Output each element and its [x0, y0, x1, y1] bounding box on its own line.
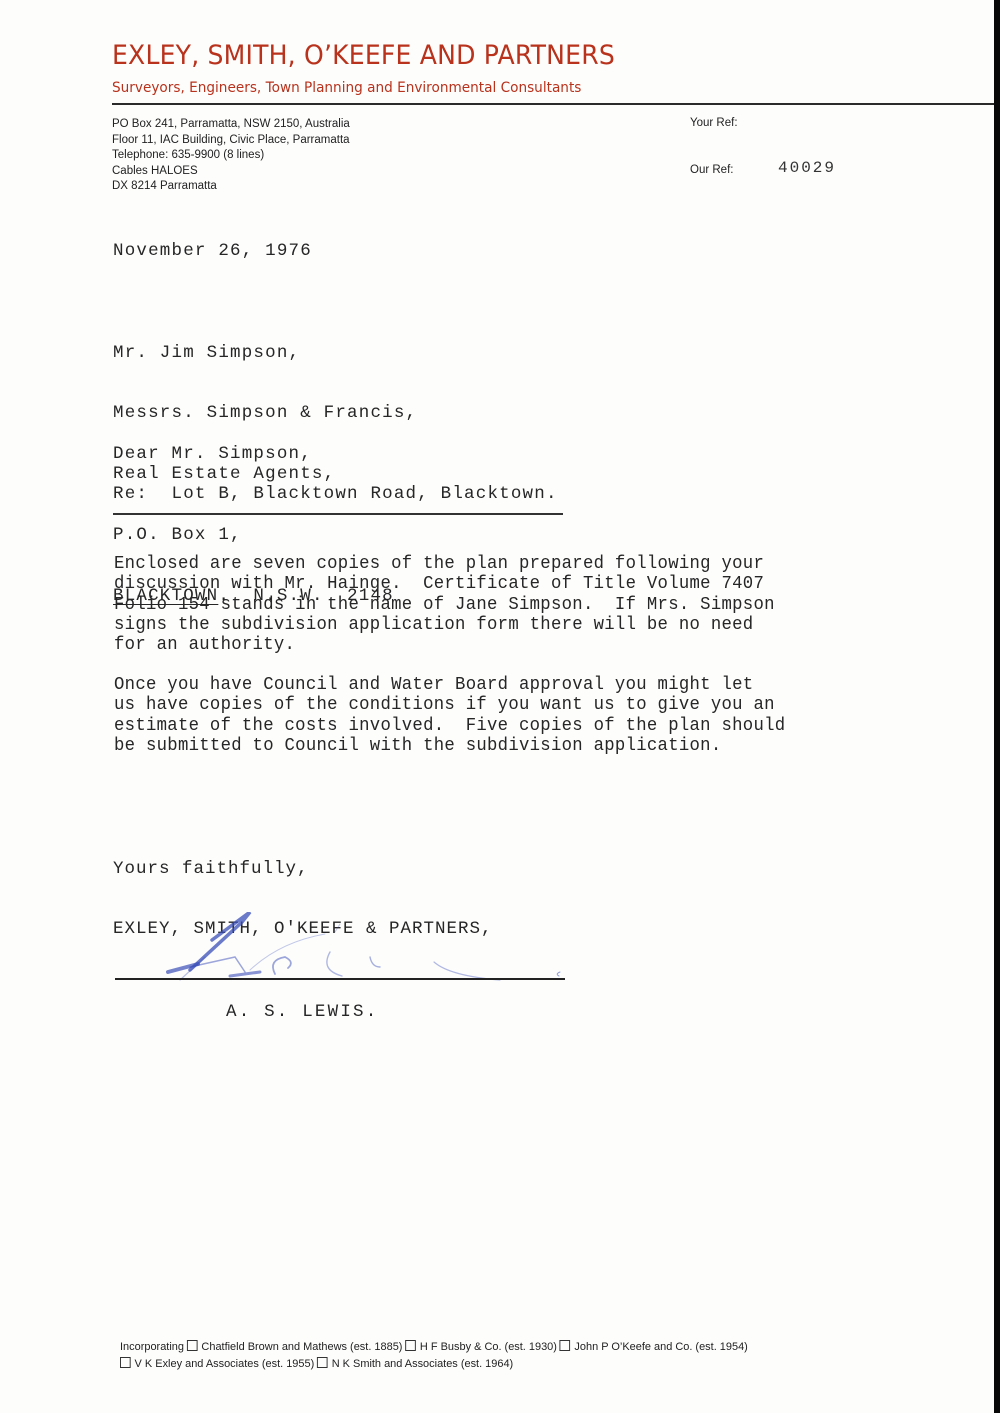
- predecessor-firm: N K Smith and Associates (est. 1964): [332, 1358, 514, 1370]
- subject-line: Re: Lot B, Blacktown Road, Blacktown.: [113, 484, 558, 504]
- our-ref-label: Our Ref:: [690, 164, 733, 176]
- body-line: Enclosed are seven copies of the plan pr…: [114, 554, 872, 574]
- firm-address: PO Box 241, Parramatta, NSW 2150, Austra…: [112, 117, 350, 195]
- salutation: Dear Mr. Simpson,: [113, 444, 312, 464]
- body-line: signs the subdivision application form t…: [114, 615, 872, 635]
- body-line: Folio 154 stands in the name of Jane Sim…: [114, 595, 872, 615]
- body-line: be submitted to Council with the subdivi…: [114, 736, 872, 756]
- footer-line-2: V K Exley and Associates (est. 1955)N K …: [120, 1356, 748, 1373]
- incorporating-label: Incorporating: [120, 1341, 184, 1353]
- address-line: Telephone: 635-9900 (8 lines): [112, 148, 350, 164]
- signature-line: [115, 978, 565, 980]
- checkbox-square-icon: [120, 1357, 131, 1368]
- body-line: for an authority.: [114, 635, 872, 655]
- predecessor-firm: H F Busby & Co. (est. 1930): [420, 1341, 557, 1353]
- recipient-line: P.O. Box 1,: [113, 525, 417, 545]
- footer-incorporating: IncorporatingChatfield Brown and Mathews…: [120, 1339, 748, 1373]
- predecessor-firm: John P O’Keefe and Co. (est. 1954): [574, 1341, 747, 1353]
- firm-name: EXLEY, SMITH, O’KEEFE AND PARTNERS: [112, 40, 615, 71]
- signer-name: A. S. LEWIS.: [226, 1002, 378, 1022]
- predecessor-firm: Chatfield Brown and Mathews (est. 1885): [201, 1341, 402, 1353]
- our-ref-value: 40029: [778, 159, 836, 177]
- body-paragraph-1: Enclosed are seven copies of the plan pr…: [114, 554, 872, 655]
- predecessor-firm: V K Exley and Associates (est. 1955): [135, 1358, 315, 1370]
- body-line: us have copies of the conditions if you …: [114, 695, 872, 715]
- body-line: Once you have Council and Water Board ap…: [114, 675, 872, 695]
- your-ref-label: Your Ref:: [690, 117, 738, 129]
- scan-edge-border: [994, 0, 1000, 1413]
- subject-underline: [113, 513, 563, 515]
- body-paragraph-2: Once you have Council and Water Board ap…: [114, 675, 872, 756]
- address-line: DX 8214 Parramatta: [112, 179, 350, 195]
- recipient-line: Real Estate Agents,: [113, 464, 417, 484]
- letter-date: November 26, 1976: [113, 241, 312, 261]
- closing-phrase: Yours faithfully,: [113, 859, 493, 879]
- recipient-line: Mr. Jim Simpson,: [113, 343, 417, 363]
- firm-tagline: Surveyors, Engineers, Town Planning and …: [112, 80, 581, 96]
- address-line: Cables HALOES: [112, 164, 350, 180]
- checkbox-square-icon: [560, 1340, 571, 1351]
- body-line: estimate of the costs involved. Five cop…: [114, 716, 872, 736]
- header-divider: [112, 103, 994, 105]
- address-line: PO Box 241, Parramatta, NSW 2150, Austra…: [112, 117, 350, 133]
- checkbox-square-icon: [187, 1340, 198, 1351]
- handwritten-signature: [150, 912, 580, 992]
- checkbox-square-icon: [317, 1357, 328, 1368]
- footer-line-1: IncorporatingChatfield Brown and Mathews…: [120, 1339, 748, 1356]
- checkbox-square-icon: [405, 1340, 416, 1351]
- body-line: discussion with Mr. Hainge. Certificate …: [114, 574, 872, 594]
- recipient-line: Messrs. Simpson & Francis,: [113, 403, 417, 423]
- address-line: Floor 11, IAC Building, Civic Place, Par…: [112, 133, 350, 149]
